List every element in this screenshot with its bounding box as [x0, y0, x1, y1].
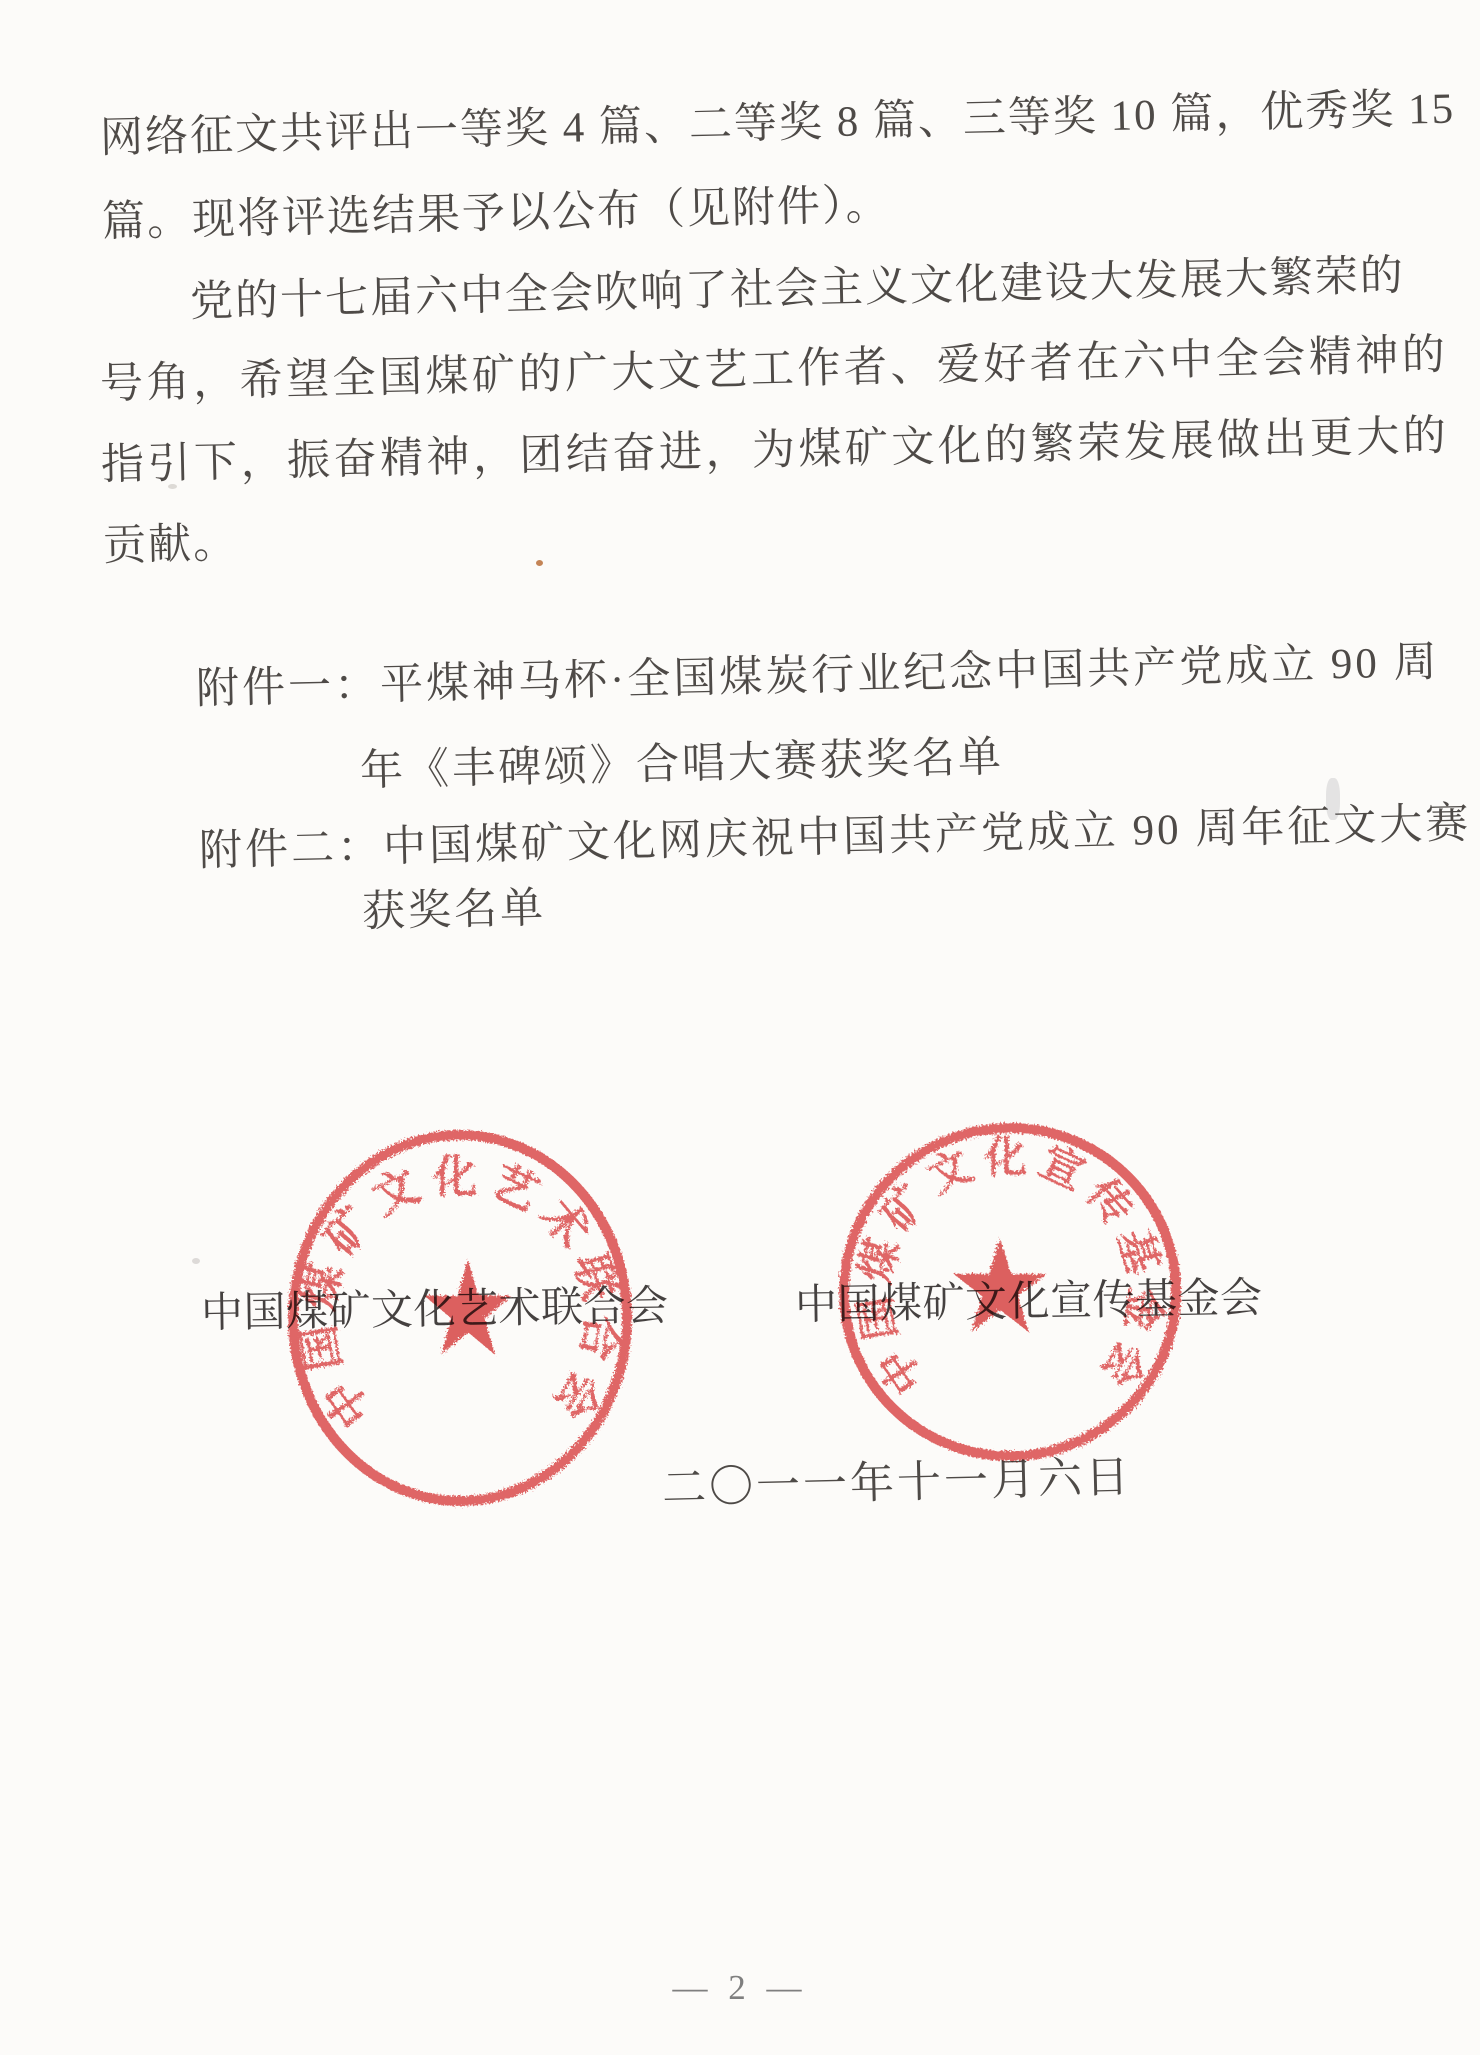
- star-icon: [953, 1238, 1046, 1332]
- scan-speck: [192, 1258, 200, 1264]
- star-icon: [424, 1259, 512, 1355]
- body-line: 党的十七届六中全会吹响了社会主义文化建设大发展大繁荣的: [189, 242, 1405, 329]
- body-line: 贡献。: [102, 509, 238, 573]
- scan-speck: [168, 484, 177, 489]
- attachment-2-label: 附件二：: [199, 824, 384, 875]
- body-line: 篇。现将评选结果予以公布（见附件）。: [101, 171, 891, 249]
- attachment-1-line: 附件一：平煤神马杯·全国煤炭行业纪念中国共产党成立 90 周: [195, 628, 1440, 716]
- attachment-1-continuation: 年《丰碑颂》合唱大赛获奖名单: [359, 723, 1004, 798]
- scan-smudge: [1326, 778, 1340, 820]
- page-number: — 2 —: [0, 1968, 1480, 2008]
- body-line: 网络征文共评出一等奖 4 篇、二等奖 8 篇、三等奖 10 篇，优秀奖 15: [99, 74, 1455, 165]
- document-page: 网络征文共评出一等奖 4 篇、二等奖 8 篇、三等奖 10 篇，优秀奖 15 篇…: [0, 0, 1480, 2055]
- attachment-1-label: 附件一：: [196, 662, 381, 713]
- body-line: 指引下，振奋精神，团结奋进，为煤矿文化的繁荣发展做出更大的: [100, 402, 1450, 492]
- body-line: 号角，希望全国煤矿的广大文艺工作者、爱好者在六中全会精神的: [99, 321, 1449, 411]
- official-seal-left: 中国煤矿文化艺术联合会: [280, 1128, 640, 1518]
- scan-speck: [536, 560, 543, 566]
- attachment-2-text: 中国煤矿文化网庆祝中国共产党成立 90 周年征文大赛: [383, 800, 1472, 871]
- attachment-2-line: 附件二：中国煤矿文化网庆祝中国共产党成立 90 周年征文大赛: [198, 789, 1472, 878]
- attachment-2-continuation: 获奖名单: [361, 874, 546, 939]
- official-seal-right: 中国煤矿文化宣传基金会: [830, 1112, 1190, 1472]
- attachment-1-text: 平煤神马杯·全国煤炭行业纪念中国共产党成立 90 周: [380, 639, 1441, 709]
